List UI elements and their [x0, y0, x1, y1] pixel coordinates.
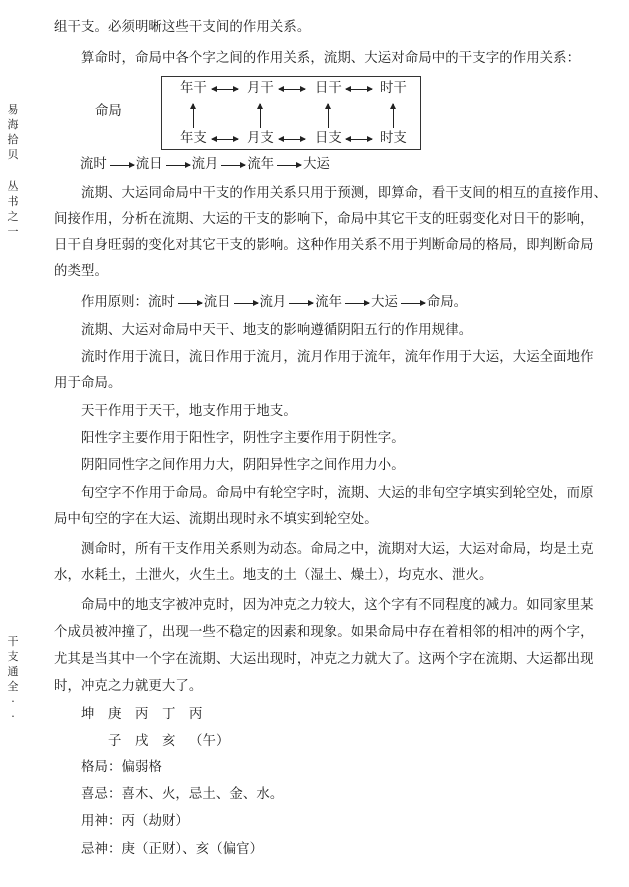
- paragraph-line: 的类型。: [54, 264, 108, 280]
- flow-sequence: 流时 流日 流月 流年 大运: [80, 157, 330, 173]
- example-jishen: 忌神：庚（正财）、亥（偏官）: [81, 842, 263, 858]
- flow-item: 流时: [148, 295, 175, 311]
- paragraph-line: 间接作用，分析在流期、大运的干支的影响下，命局中其它干支的旺弱变化对日干的影响，: [54, 212, 594, 228]
- paragraph-line: 日干自身旺弱的变化对其它干支的影响。这种作用关系不用于判断命局的格局，即判断命局: [54, 238, 594, 254]
- flow-item: 流年: [315, 295, 342, 311]
- principle-label: 作用原则：: [81, 295, 148, 311]
- branch-month: 月支: [247, 131, 274, 147]
- double-arrow-icon: [346, 139, 372, 140]
- bazi-char: 坤: [81, 707, 108, 723]
- right-arrow-icon: [345, 303, 369, 304]
- right-arrow-icon: [178, 303, 202, 304]
- branch-year: 年支: [180, 131, 207, 147]
- paragraph-line: 个成员被冲撞了，出现一些不稳定的因素和现象。如果命局中存在着相邻的相冲的两个字，: [54, 625, 594, 641]
- double-arrow-icon: [346, 89, 372, 90]
- book-title-vertical: 干 支 通 全 · ·: [6, 635, 20, 725]
- mingju-diagram-box: 年干 月干 日干 时干 年支 月支 日支 时支: [161, 76, 421, 150]
- example-yongshen: 用神：丙（劫财）: [81, 814, 189, 830]
- flow-item: 流月: [192, 157, 219, 173]
- punctuation: 。: [454, 295, 467, 311]
- example-xiji: 喜忌：喜木、火，忌土、金、水。: [81, 787, 283, 803]
- paragraph-line: 流时作用于流日，流日作用于流月，流月作用于流年，流年作用于大运，大运全面地作: [81, 350, 594, 366]
- paragraph-line: 测命时，所有干支作用关系则为动态。命局之中，流期对大运，大运对命局，均是土克: [81, 542, 594, 558]
- double-arrow-icon: [212, 89, 238, 90]
- flow-item: 流月: [260, 295, 287, 311]
- stem-day: 日干: [315, 81, 342, 97]
- example-branches-row: 子戌亥（午）: [108, 734, 229, 750]
- right-arrow-icon: [289, 303, 313, 304]
- flow-item: 命局: [427, 295, 454, 311]
- paragraph-line: 局中旬空的字在大运、流期出现时永不填实到轮空处。: [54, 512, 378, 528]
- side-char: 海: [6, 118, 20, 133]
- paragraph-line: 水，水耗土，土泄火，火生土。地支的土（湿土、燥土），均克水、泄火。: [54, 568, 493, 584]
- bazi-char: 丙: [135, 707, 162, 723]
- side-char: ·: [6, 710, 20, 725]
- paragraph-continuation: 组干支。必须明晰这些干支间的作用关系。: [54, 20, 310, 36]
- bazi-char: 庚: [108, 707, 135, 723]
- side-char: 贝: [6, 148, 20, 163]
- side-char: 书: [6, 195, 20, 210]
- paragraph-intro: 算命时，命局中各个字之间的作用关系，流期、大运对命局中的干支字的作用关系：: [81, 51, 580, 67]
- right-arrow-icon: [234, 303, 258, 304]
- side-char: 全: [6, 680, 20, 695]
- paragraph-line: 流期、大运同命局中干支的作用关系只用于预测，即算命，看干支间的相互的直接作用、: [81, 186, 607, 202]
- side-char: 干: [6, 635, 20, 650]
- paragraph-line: 流期、大运对命局中天干、地支的影响遵循阴阳五行的作用规律。: [81, 323, 472, 339]
- side-char: 之: [6, 210, 20, 225]
- stem-hour: 时干: [380, 81, 407, 97]
- flow-item: 大运: [371, 295, 398, 311]
- example-stems-row: 坤庚丙丁丙: [81, 707, 216, 723]
- side-char: 拾: [6, 133, 20, 148]
- side-char: 丛: [6, 180, 20, 195]
- principle-line: 作用原则： 流时 流日 流月 流年 大运 命局 。: [81, 295, 467, 311]
- branch-day: 日支: [315, 131, 342, 147]
- side-char: ·: [6, 695, 20, 710]
- paragraph-line: 时，冲克之力就更大了。: [54, 679, 202, 695]
- bazi-char: 亥: [162, 734, 189, 750]
- up-arrow-icon: [328, 104, 329, 128]
- side-char: 通: [6, 665, 20, 680]
- bazi-char: 子: [108, 734, 135, 750]
- right-arrow-icon: [401, 303, 425, 304]
- double-arrow-icon: [212, 139, 238, 140]
- bazi-char: 丙: [189, 707, 216, 723]
- flow-item: 大运: [303, 157, 330, 173]
- branch-hour: 时支: [380, 131, 407, 147]
- right-arrow-icon: [110, 165, 134, 166]
- up-arrow-icon: [193, 104, 194, 128]
- stem-year: 年干: [180, 81, 207, 97]
- up-arrow-icon: [260, 104, 261, 128]
- right-arrow-icon: [221, 165, 245, 166]
- double-arrow-icon: [279, 89, 305, 90]
- example-geju: 格局：偏弱格: [81, 760, 162, 776]
- flow-item: 流年: [247, 157, 274, 173]
- bazi-char: 丁: [162, 707, 189, 723]
- flow-item: 流日: [204, 295, 231, 311]
- up-arrow-icon: [393, 104, 394, 128]
- paragraph-line: 天干作用于天干，地支作用于地支。: [81, 404, 297, 420]
- right-arrow-icon: [166, 165, 190, 166]
- series-title-vertical: 易 海 拾 贝: [6, 103, 20, 163]
- series-subtitle-vertical: 丛 书 之 一: [6, 180, 20, 240]
- bazi-char: （午）: [189, 734, 229, 750]
- double-arrow-icon: [279, 139, 305, 140]
- flow-item: 流时: [80, 157, 107, 173]
- paragraph-line: 旬空字不作用于命局。命局中有轮空字时，流期、大运的非旬空字填实到轮空处，而原: [81, 486, 594, 502]
- paragraph-line: 阴阳同性字之间作用力大，阴阳异性字之间作用力小。: [81, 458, 405, 474]
- side-char: 支: [6, 650, 20, 665]
- side-char: 易: [6, 103, 20, 118]
- side-char: 一: [6, 225, 20, 240]
- bazi-char: 戌: [135, 734, 162, 750]
- mingju-label: 命局: [95, 104, 122, 120]
- flow-item: 流日: [136, 157, 163, 173]
- right-arrow-icon: [277, 165, 301, 166]
- paragraph-line: 阳性字主要作用于阳性字，阴性字主要作用于阴性字。: [81, 431, 405, 447]
- paragraph-line: 用于命局。: [54, 376, 121, 392]
- stem-month: 月干: [247, 81, 274, 97]
- paragraph-line: 命局中的地支字被冲克时，因为冲克之力较大，这个字有不同程度的减力。如同家里某: [81, 598, 594, 614]
- paragraph-line: 尤其是当其中一个字在流期、大运出现时，冲克之力就大了。这两个字在流期、大运都出现: [54, 652, 594, 668]
